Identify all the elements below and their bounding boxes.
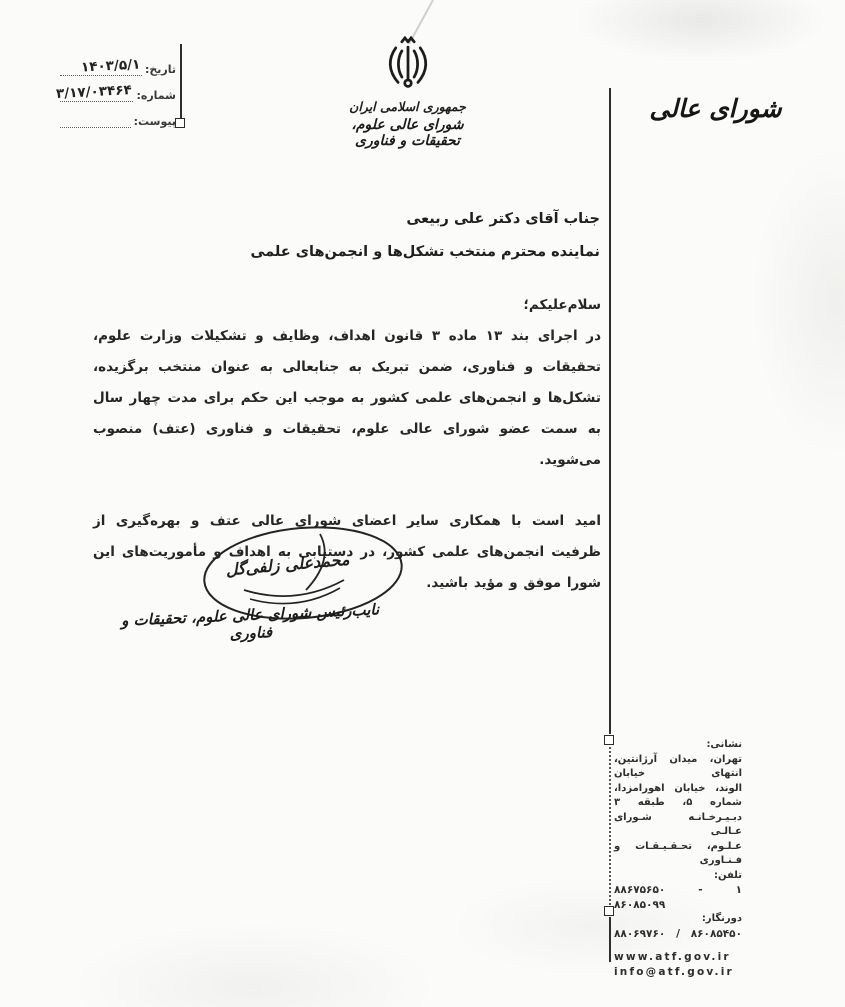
reference-divider-square bbox=[175, 118, 185, 128]
right-rail-square-top bbox=[604, 735, 614, 745]
date-dotted-line: ۱۴۰۳/۵/۱ bbox=[60, 60, 142, 76]
right-rail-square-bottom bbox=[604, 906, 614, 916]
phone-label: تلفن: bbox=[614, 869, 742, 884]
footer-contact-block: نشانی: تهران، میدان آرژانتین، انتهای خیا… bbox=[614, 738, 742, 979]
handwritten-number: ۳/۱۷/۰۳۴۶۴ bbox=[55, 82, 132, 102]
salutation: سلام‌علیکم؛ bbox=[93, 290, 601, 321]
attachment-line: پیوست: bbox=[60, 102, 176, 128]
number-dotted-line: ۳/۱۷/۰۳۴۶۴ bbox=[60, 86, 133, 102]
reference-divider-rule bbox=[180, 44, 182, 120]
council-title: شورای عالی علوم، تحقیقات و فناوری bbox=[325, 117, 490, 149]
letterhead-center: جمهوری اسلامی ایران شورای عالی علوم، تحق… bbox=[325, 34, 490, 149]
attachment-dotted-line bbox=[60, 112, 131, 128]
fax-number: ۸۸۰۶۹۷۶۰ / ۸۶۰۸۵۴۵۰ bbox=[614, 927, 742, 942]
recipient-block: جناب آقای دکتر علی ربیعی نماینده محترم م… bbox=[250, 203, 600, 269]
number-label: شماره: bbox=[136, 89, 176, 102]
recipient-name: جناب آقای دکتر علی ربیعی bbox=[250, 203, 600, 236]
phone-number-1: ۸۸۶۷۵۶۵۰ - ۱ bbox=[614, 883, 742, 898]
address-line: دبـیـرخـانـه شـورای عـالـی bbox=[614, 811, 742, 840]
scanned-letter-page: تاریخ: ۱۴۰۳/۵/۱ شماره: ۳/۱۷/۰۳۴۶۴ پیوست: bbox=[0, 0, 845, 1007]
recipient-role: نماینده محترم منتخب تشکل‌ها و انجمن‌های … bbox=[250, 236, 600, 269]
signature-name: محمدعلی زلفی‌گل bbox=[225, 550, 351, 581]
right-rail-tail-rule bbox=[609, 917, 611, 962]
fax-label: دورنگار: bbox=[614, 912, 742, 927]
address-line: عـلـوم، تحـقـیـقـات و فـنـاوری bbox=[614, 840, 742, 869]
attachment-label: پیوست: bbox=[134, 115, 176, 128]
right-rail-dotted-rule bbox=[609, 747, 611, 905]
address-line: تهران، میدان آرژانتین، انتهای خیابان bbox=[614, 753, 742, 782]
phone-number-2: ۸۶۰۸۵۰۹۹ bbox=[614, 898, 742, 913]
website-url: www.atf.gov.ir bbox=[614, 950, 742, 965]
body-paragraph-1: در اجرای بند ۱۳ ماده ۳ قانون اهداف، وظای… bbox=[93, 321, 601, 476]
government-title: جمهوری اسلامی ایران bbox=[325, 99, 490, 114]
signatory-title: نایب‌رئیس شورای عالی علوم، تحقیقات و فنا… bbox=[97, 599, 403, 648]
address-label: نشانی: bbox=[614, 738, 742, 753]
number-line: شماره: ۳/۱۷/۰۳۴۶۴ bbox=[60, 76, 176, 102]
reference-block: تاریخ: ۱۴۰۳/۵/۱ شماره: ۳/۱۷/۰۳۴۶۴ پیوست: bbox=[60, 50, 176, 128]
iran-emblem-icon bbox=[385, 34, 431, 94]
handwritten-date: ۱۴۰۳/۵/۱ bbox=[80, 56, 140, 75]
right-rail-rule bbox=[609, 88, 611, 734]
address-line: الوند، خیابان اهورامزدا، شماره ۵، طبقه ۳ bbox=[614, 782, 742, 811]
date-label: تاریخ: bbox=[145, 63, 176, 76]
email-address: info@atf.gov.ir bbox=[614, 965, 742, 980]
side-calligraphy-title: شورای عالی bbox=[638, 94, 793, 123]
date-line: تاریخ: ۱۴۰۳/۵/۱ bbox=[60, 50, 176, 76]
